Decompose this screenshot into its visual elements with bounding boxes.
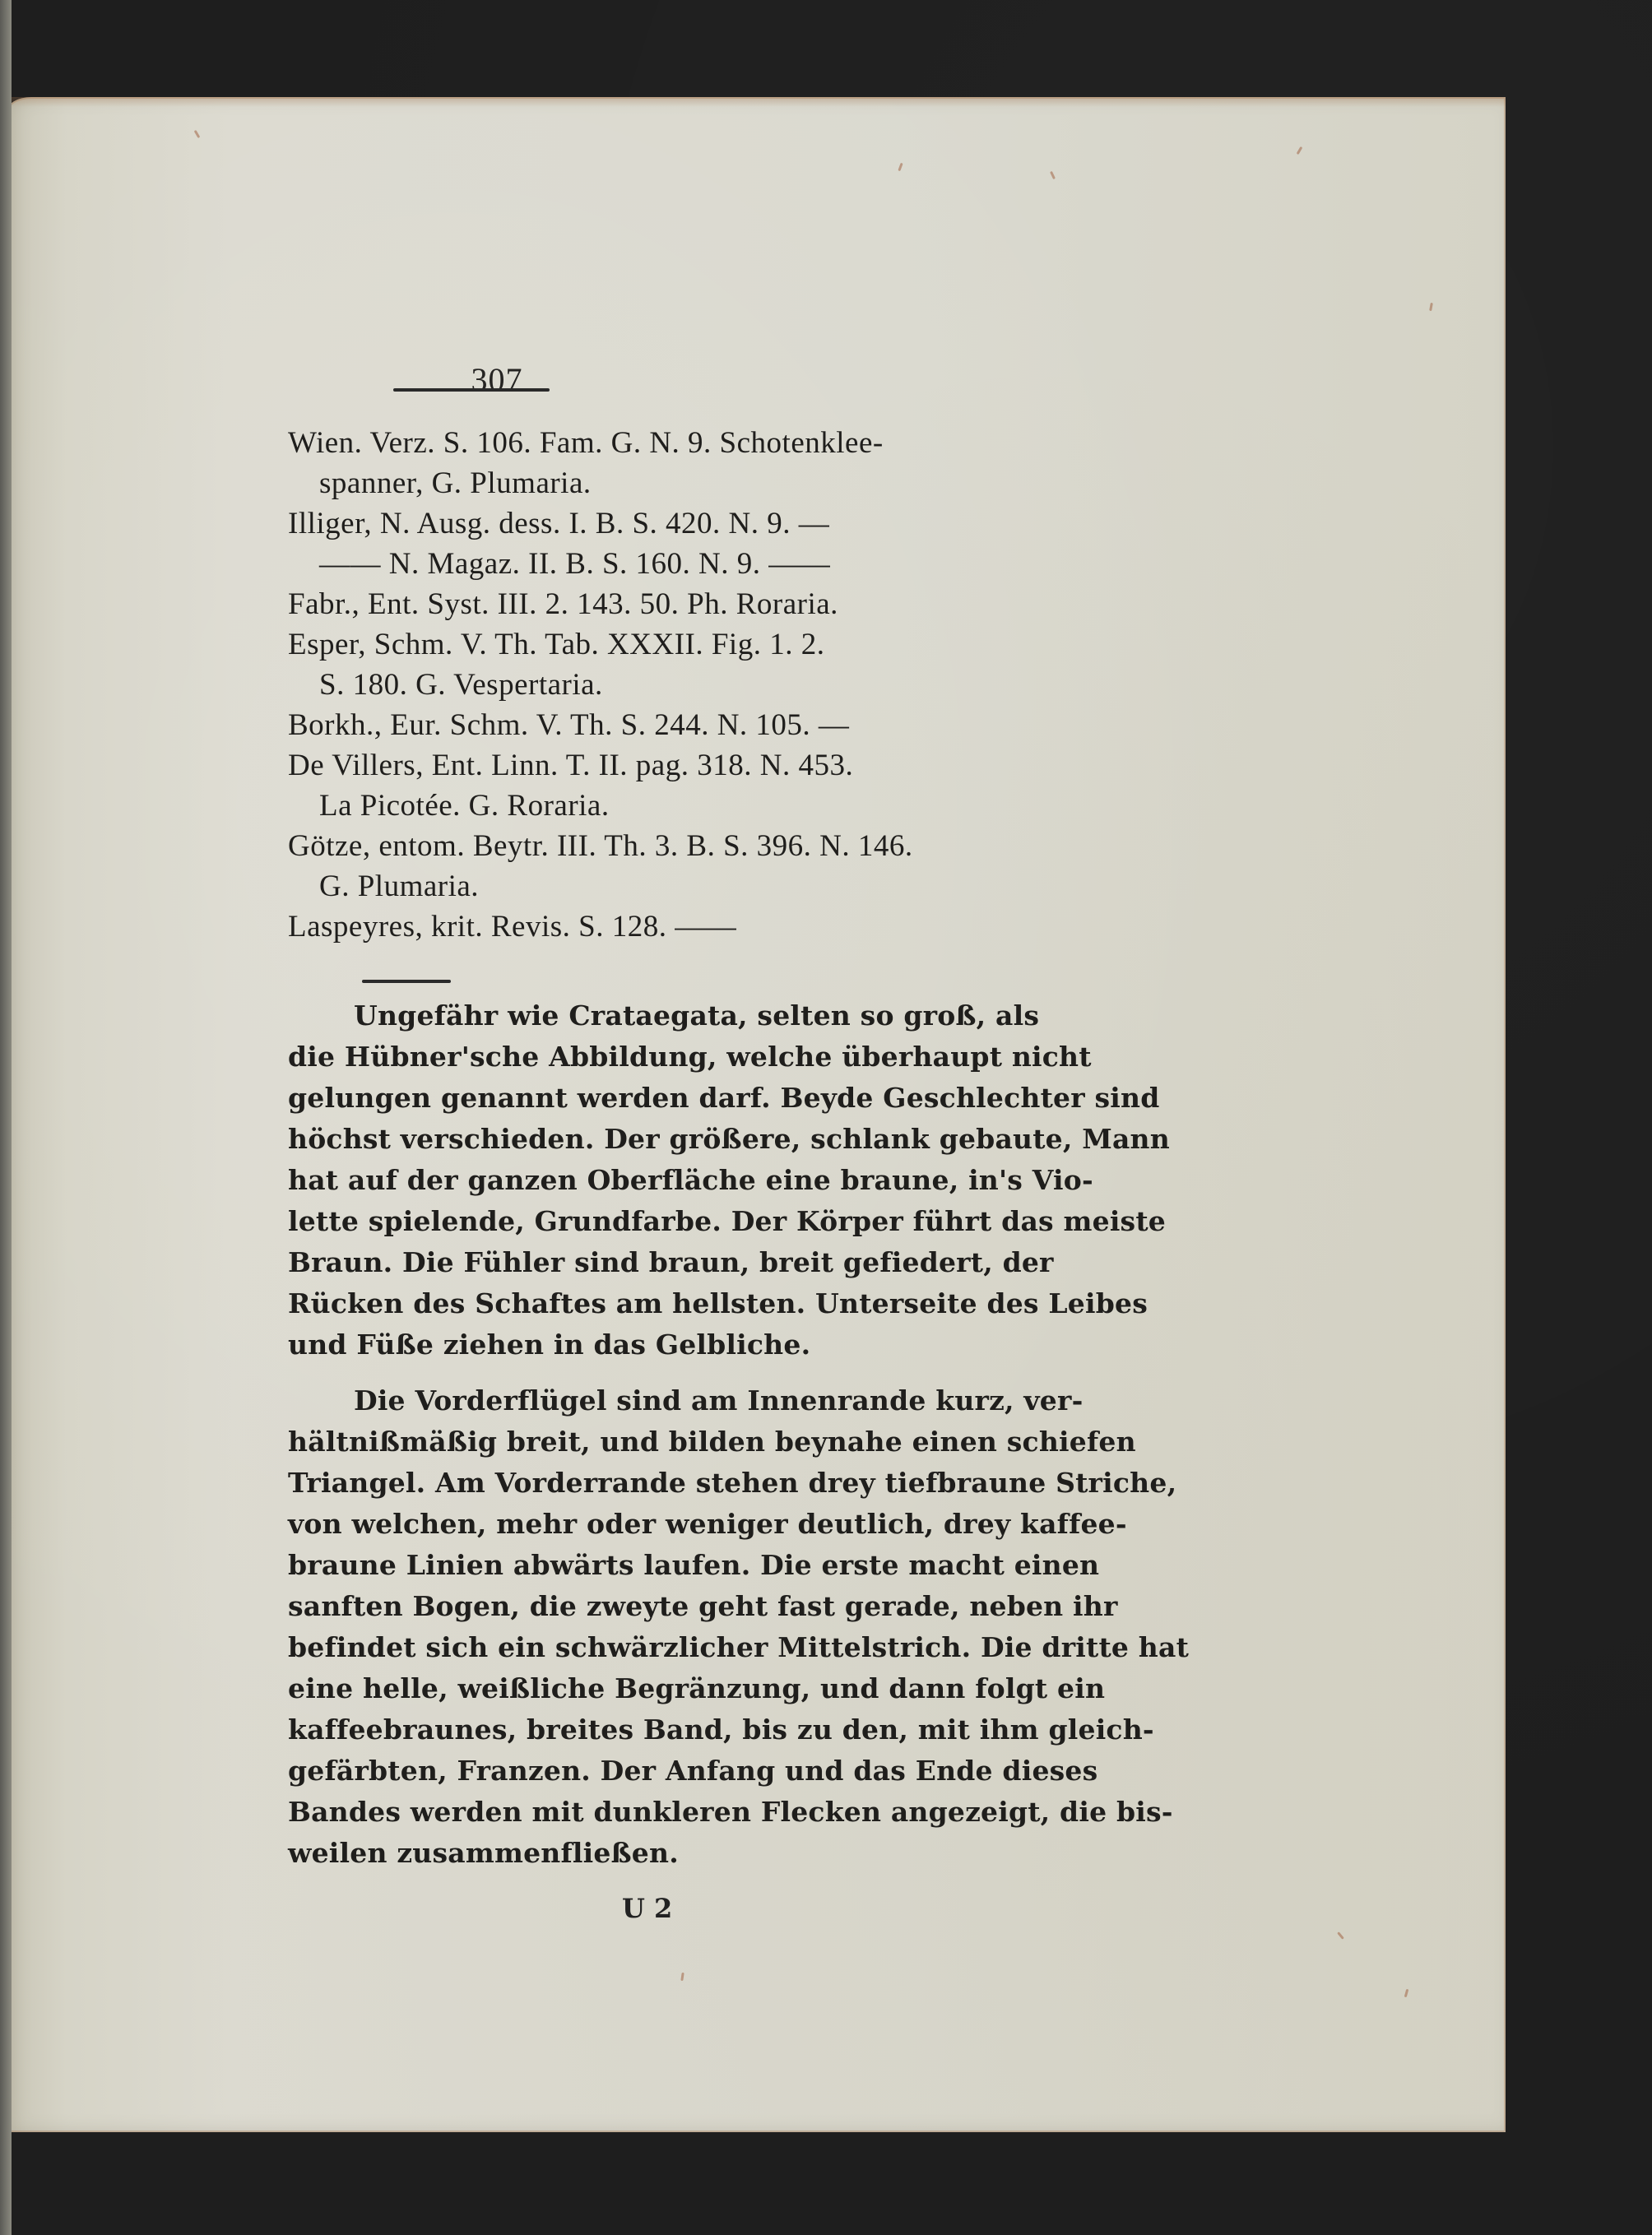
paragraph-line: eine helle, weißliche Begränzung, und da… <box>288 1675 1105 1702</box>
reference-line: spanner, G. Plumaria. <box>319 468 592 498</box>
paper-fibre <box>194 130 201 138</box>
paragraph-line: Bandes werden mit dunkleren Flecken ange… <box>288 1798 1173 1825</box>
reference-line: S. 180. G. Vespertaria. <box>319 670 603 700</box>
paragraph-line: hältnißmäßig breit, und bilden beynahe e… <box>288 1428 1136 1455</box>
reference-line: —— N. Magaz. II. B. S. 160. N. 9. —— <box>319 549 830 579</box>
paragraph-line: braune Linien abwärts laufen. Die erste … <box>288 1551 1099 1579</box>
paragraph-line: weilen zusammenfließen. <box>288 1839 679 1866</box>
paragraph-line: und Füße ziehen in das Gelbliche. <box>288 1331 810 1358</box>
paragraph-line: hat auf der ganzen Oberfläche eine braun… <box>288 1166 1093 1194</box>
reference-line: Esper, Schm. V. Th. Tab. XXXII. Fig. 1. … <box>288 629 824 660</box>
paragraph-line: von welchen, mehr oder weniger deutlich,… <box>288 1510 1127 1537</box>
paragraph-line: sanften Bogen, die zweyte geht fast gera… <box>288 1593 1118 1620</box>
reference-line: La Picotée. G. Roraria. <box>319 791 610 821</box>
reference-line: Laspeyres, krit. Revis. S. 128. —— <box>288 911 736 942</box>
signature-mark: U 2 <box>622 1893 672 1924</box>
paper-fibre <box>1297 146 1303 155</box>
paper-fibre <box>1050 171 1056 179</box>
page-number: 307 <box>448 360 546 399</box>
paper-fibre <box>1404 1989 1408 1997</box>
paragraph-line: Triangel. Am Vorderrande stehen drey tie… <box>288 1469 1176 1496</box>
paragraph-line: gefärbten, Franzen. Der Anfang und das E… <box>288 1757 1097 1784</box>
section-divider-rule <box>362 980 451 983</box>
book-page: 307 Wien. Verz. S. 106. Fam. G. N. 9. Sc… <box>7 97 1506 2132</box>
reference-line: De Villers, Ent. Linn. T. II. pag. 318. … <box>288 750 853 781</box>
paragraph-line: lette spielende, Grundfarbe. Der Körper … <box>288 1208 1166 1235</box>
reference-line: Borkh., Eur. Schm. V. Th. S. 244. N. 105… <box>288 710 849 740</box>
paper-fibre <box>1337 1931 1344 1940</box>
paragraph-line: Die Vorderflügel sind am Innenrande kurz… <box>354 1387 1084 1414</box>
paragraph-line: Braun. Die Fühler sind braun, breit gefi… <box>288 1249 1054 1276</box>
paragraph-line: höchst verschieden. Der größere, schlank… <box>288 1125 1170 1152</box>
paragraph-line: kaffeebraunes, breites Band, bis zu den,… <box>288 1716 1154 1743</box>
header-rule <box>393 388 550 392</box>
paper-fibre <box>898 163 903 171</box>
book-spine-edge <box>0 0 12 2235</box>
paragraph-line: Ungefähr wie Crataegata, selten so groß,… <box>354 1002 1039 1029</box>
paragraph-line: befindet sich ein schwärzlicher Mittelst… <box>288 1634 1189 1661</box>
paragraph-line: gelungen genannt werden darf. Beyde Gesc… <box>288 1084 1159 1111</box>
reference-line: Fabr., Ent. Syst. III. 2. 143. 50. Ph. R… <box>288 589 838 619</box>
paragraph-line: die Hübner'sche Abbildung, welche überha… <box>288 1043 1092 1070</box>
paper-fibre <box>1429 303 1433 311</box>
paper-fibre <box>680 1973 684 1981</box>
reference-line: Götze, entom. Beytr. III. Th. 3. B. S. 3… <box>288 831 913 861</box>
paragraph-line: Rücken des Schaftes am hellsten. Unterse… <box>288 1290 1148 1317</box>
reference-line: G. Plumaria. <box>319 871 479 902</box>
reference-line: Illiger, N. Ausg. dess. I. B. S. 420. N.… <box>288 508 829 539</box>
reference-line: Wien. Verz. S. 106. Fam. G. N. 9. Schote… <box>288 428 884 458</box>
